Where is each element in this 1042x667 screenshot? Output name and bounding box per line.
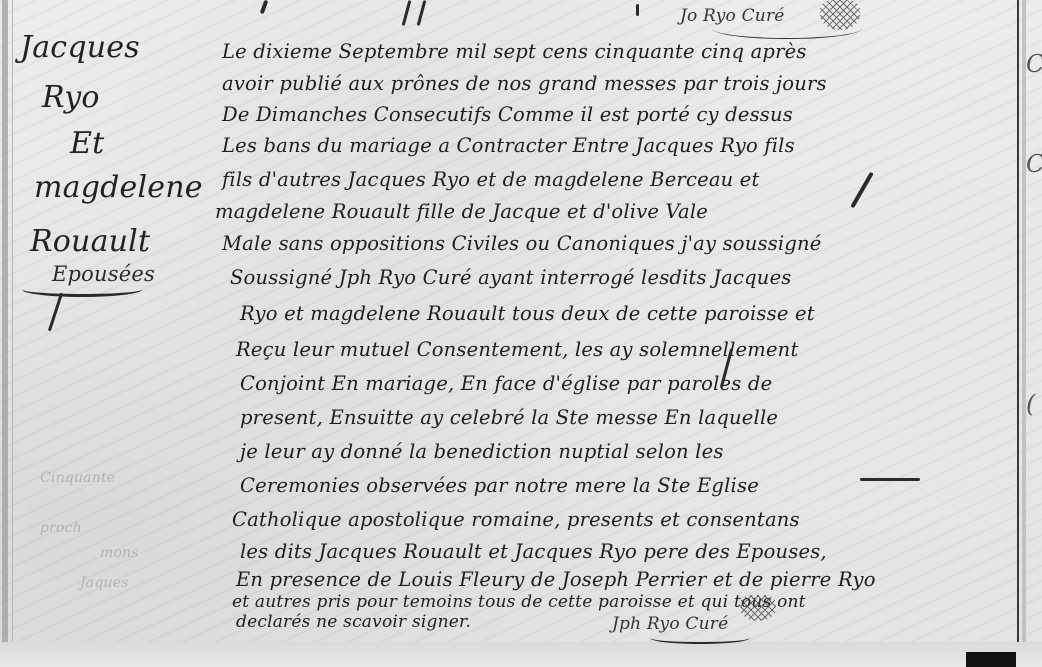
- record-line: je leur ay donné la benediction nuptial …: [240, 440, 724, 463]
- margin-name-ryo: Ryo: [42, 80, 100, 115]
- ink-stroke: [636, 4, 639, 16]
- record-line: declarés ne scavoir signer.: [236, 612, 471, 632]
- record-line: present, Ensuitte ay celebré la Ste mess…: [240, 406, 778, 429]
- binding-edge: [2, 0, 8, 667]
- ink-stroke: [260, 0, 269, 14]
- bleedthrough-text: mons: [100, 545, 139, 561]
- right-margin-rule-faint: [1022, 0, 1026, 660]
- record-line: les dits Jacques Rouault et Jacques Ryo …: [240, 540, 827, 563]
- ink-stroke: [48, 293, 63, 332]
- record-line: Ceremonies observées par notre mere la S…: [240, 474, 759, 497]
- record-line: Les bans du mariage a Contracter Entre J…: [222, 134, 795, 157]
- signature-paraph-icon: [740, 595, 776, 621]
- record-line: De Dimanches Consecutifs Comme il est po…: [222, 103, 793, 126]
- margin-name-rouault: Rouault: [30, 224, 150, 259]
- record-line: et autres pris pour temoins tous de cett…: [232, 592, 806, 612]
- register-page: Jo Ryo Curé Jacques Ryo Et magdelene Rou…: [0, 0, 1042, 667]
- record-line: Reçu leur mutuel Consentement, les ay so…: [236, 338, 798, 361]
- signature-flourish: [650, 632, 750, 644]
- record-line: En presence de Louis Fleury de Joseph Pe…: [236, 568, 876, 591]
- record-line: Catholique apostolique romaine, presents…: [232, 508, 800, 531]
- record-line: Ryo et magdelene Rouault tous deux de ce…: [240, 302, 815, 325]
- ink-dash: [860, 478, 920, 481]
- next-page-fragment: C: [1026, 150, 1042, 178]
- next-page-fragment: C: [1026, 50, 1042, 78]
- scan-corner-mark: [966, 652, 1016, 667]
- record-line: Conjoint En mariage, En face d'église pa…: [240, 372, 772, 395]
- bleedthrough-text: proch: [40, 520, 82, 536]
- margin-name-jacques: Jacques: [20, 30, 140, 65]
- closing-signature: Jph Ryo Curé: [612, 614, 728, 634]
- record-line: fils d'autres Jacques Ryo et de magdelen…: [222, 168, 760, 191]
- margin-name-magdelene: magdelene: [34, 170, 203, 205]
- next-page-fragment: (: [1026, 390, 1035, 418]
- ink-stroke: [417, 0, 427, 26]
- record-line: magdelene Rouault fille de Jacque et d'o…: [215, 200, 708, 223]
- margin-word-et: Et: [70, 126, 104, 161]
- right-margin-rule: [1017, 0, 1019, 660]
- signature-flourish: [712, 18, 862, 39]
- record-line: Le dixieme Septembre mil sept cens cinqu…: [222, 40, 807, 63]
- record-line: Male sans oppositions Civiles ou Canoniq…: [222, 232, 822, 255]
- record-line: avoir publié aux prônes de nos grand mes…: [222, 72, 827, 95]
- margin-underline: [22, 282, 142, 297]
- bleedthrough-text: Jaques: [80, 575, 129, 591]
- ink-stroke: [850, 172, 873, 209]
- page-bottom-edge: [0, 642, 1042, 667]
- ink-stroke: [402, 0, 412, 26]
- paper-texture: [0, 0, 1042, 667]
- bleedthrough-text: Cinquante: [40, 470, 115, 486]
- margin-line: [12, 0, 13, 667]
- record-line: Soussigné Jph Ryo Curé ayant interrogé l…: [230, 266, 792, 289]
